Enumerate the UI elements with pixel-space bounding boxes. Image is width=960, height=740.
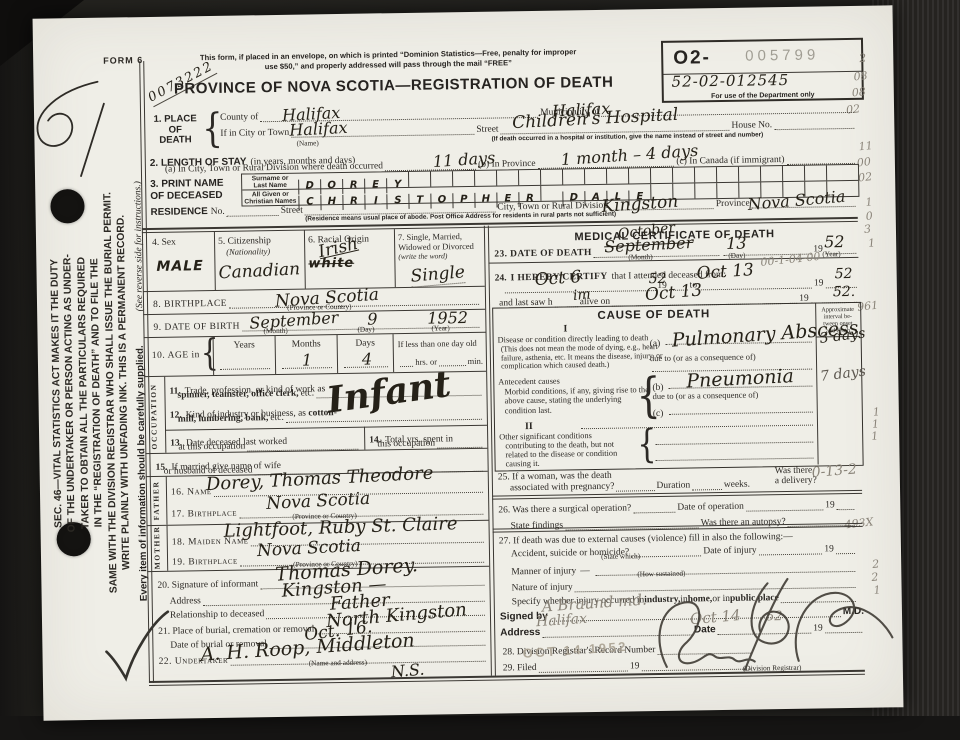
sex-value: MALE bbox=[156, 258, 204, 275]
informant-relationship-label: Relationship to deceased bbox=[170, 609, 265, 620]
cause-roman-1: I bbox=[563, 323, 567, 334]
division-registrar-signature bbox=[639, 573, 897, 677]
certificate-paper: 0073222 SEC. 46—VITAL STATISTICS ACT MAK… bbox=[33, 5, 904, 720]
name-grid-cell bbox=[540, 170, 562, 185]
field-7-label: 7. Single, Married,Widowed or Divorced(w… bbox=[398, 232, 474, 262]
name-grid-cell bbox=[826, 165, 848, 180]
attended-to-year: 52 bbox=[835, 266, 853, 282]
margin-pencil-code: 08 bbox=[851, 85, 866, 99]
name-grid-cell bbox=[408, 172, 430, 187]
name-grid-cell bbox=[474, 171, 496, 186]
statute-lines: SEC. 46—VITAL STATISTICS ACT MAKES IT TH… bbox=[46, 92, 136, 693]
age-years-header: Years bbox=[214, 340, 275, 351]
margin-pencil-code: 1 bbox=[865, 195, 873, 209]
residence-label: RESIDENCE bbox=[151, 206, 208, 218]
name-grid-cell bbox=[694, 183, 716, 198]
name-grid-cell bbox=[782, 166, 804, 181]
name-grid-cell bbox=[760, 166, 782, 181]
margin-pencil-code: 2 bbox=[859, 51, 867, 65]
county-label: County of bbox=[220, 112, 258, 123]
name-grid-cell bbox=[562, 169, 584, 184]
margin-pencil-code: 3 bbox=[863, 222, 871, 236]
name-grid-cell bbox=[694, 167, 716, 182]
province-label: Province bbox=[716, 199, 750, 210]
field-26-label: 26. Was there a surgical operation? bbox=[498, 503, 631, 515]
margin-pencil-code: 1 bbox=[868, 236, 876, 250]
name-caption: (Name) bbox=[296, 138, 318, 147]
margin-pencil-code: 02 bbox=[858, 170, 873, 184]
age-months-header: Months bbox=[276, 339, 337, 350]
dept-box-caption: For use of the Department only bbox=[664, 91, 862, 101]
citizenship-value: Canadian bbox=[218, 259, 301, 283]
given-grid-label: All Given orChristian Names bbox=[242, 190, 298, 206]
field-9-label: 9. DATE OF BIRTH bbox=[153, 322, 240, 333]
field-8-label: 8. BIRTHPLACE bbox=[153, 299, 227, 310]
occupation-group-label: OCCUPATION bbox=[149, 381, 159, 451]
dept-series: O2- bbox=[673, 47, 711, 70]
field-25-label: 25. If a woman, was the death bbox=[498, 471, 612, 483]
surname-grid-label: Surname orLast Name bbox=[242, 174, 298, 190]
margin-pencil-code: 2 bbox=[872, 557, 880, 571]
antecedent-label: Antecedent causes bbox=[498, 377, 560, 387]
street-label: Street bbox=[476, 124, 498, 134]
margin-pencil-code: 1 bbox=[871, 429, 879, 443]
name-grid-cell bbox=[738, 166, 760, 181]
scan-bottom-edge bbox=[0, 716, 960, 740]
age-days-header: Days bbox=[338, 338, 393, 349]
dept-stamped-number: 005799 bbox=[745, 46, 819, 64]
margin-pencil-code: 11 bbox=[858, 139, 873, 153]
dept-registration-number: 52-02-012545 bbox=[671, 71, 789, 91]
field-29-label: 29. Filed bbox=[503, 663, 537, 674]
margin-pencil-codes: 20808021100021031961111493X221 bbox=[33, 5, 893, 19]
last-saw-year: 52. bbox=[833, 284, 856, 300]
field-27-label: 27. If death was due to external causes … bbox=[499, 532, 793, 547]
margin-pencil-code: 0 bbox=[865, 209, 873, 223]
age-note: If less than one day old bbox=[398, 338, 477, 349]
field-3-label: 3. PRINT NAMEOF DECEASED bbox=[150, 178, 224, 203]
name-grid-cell bbox=[628, 168, 650, 183]
cause-roman-2: II bbox=[525, 421, 533, 432]
field-4-label: 4. Sex bbox=[152, 238, 176, 248]
field-17-label: 17. Birthplace bbox=[171, 509, 237, 520]
page-title: PROVINCE OF NOVA SCOTIA—REGISTRATION OF … bbox=[134, 73, 654, 98]
name-grid-cell bbox=[430, 171, 452, 186]
name-grid-cell bbox=[584, 169, 606, 184]
attended-to-value: Oct 13 bbox=[696, 260, 755, 284]
name-grid-cell bbox=[452, 171, 474, 186]
name-grid-cell bbox=[716, 167, 738, 182]
house-no-label: House No. bbox=[731, 120, 772, 131]
field-10-label: 10. AGE in bbox=[152, 350, 200, 361]
scanned-death-registration: 0073222 SEC. 46—VITAL STATISTICS ACT MAK… bbox=[0, 0, 960, 740]
filed-date-stamp: OCT 14 1952 bbox=[522, 639, 628, 661]
field-23-label: 23. DATE OF DEATH bbox=[494, 248, 592, 260]
morbid-note: Morbid conditions, if any, giving rise t… bbox=[504, 385, 654, 416]
informant-address-label: Address bbox=[170, 596, 201, 606]
name-grid-cell bbox=[540, 185, 562, 200]
field-20-label: 20. Signature of informant bbox=[157, 579, 258, 591]
field-19-label: 19. Birthplace bbox=[172, 557, 238, 568]
last-saw-him: im bbox=[572, 286, 591, 303]
name-grid-cell bbox=[672, 167, 694, 182]
attended-from-value: Oct 6 bbox=[534, 267, 582, 290]
form-number: FORM 6 bbox=[103, 55, 143, 66]
field-21-label: 21. Place of burial, cremation or remova… bbox=[158, 624, 314, 636]
margin-pencil-code: 08 bbox=[853, 69, 868, 83]
city-town-label: If in City or Town bbox=[220, 128, 289, 139]
city-town-value: Halifax bbox=[289, 118, 348, 140]
physician-address-label: Address bbox=[500, 627, 540, 639]
marital-status-value: Single bbox=[410, 262, 466, 288]
name-grid-cell bbox=[650, 168, 672, 183]
delivery-code-value: 0-13-2 bbox=[811, 461, 857, 481]
name-grid-cell bbox=[804, 165, 826, 180]
field-1-label: 1. PLACEOFDEATH bbox=[147, 114, 203, 146]
department-box: O2- 005799 52-02-012545 For use of the D… bbox=[661, 38, 864, 103]
name-grid-cell bbox=[606, 168, 628, 183]
name-grid-cell bbox=[496, 170, 518, 185]
name-grid-cell bbox=[518, 170, 540, 185]
brace-age: { bbox=[200, 331, 218, 374]
name-grid-cell bbox=[716, 183, 738, 198]
